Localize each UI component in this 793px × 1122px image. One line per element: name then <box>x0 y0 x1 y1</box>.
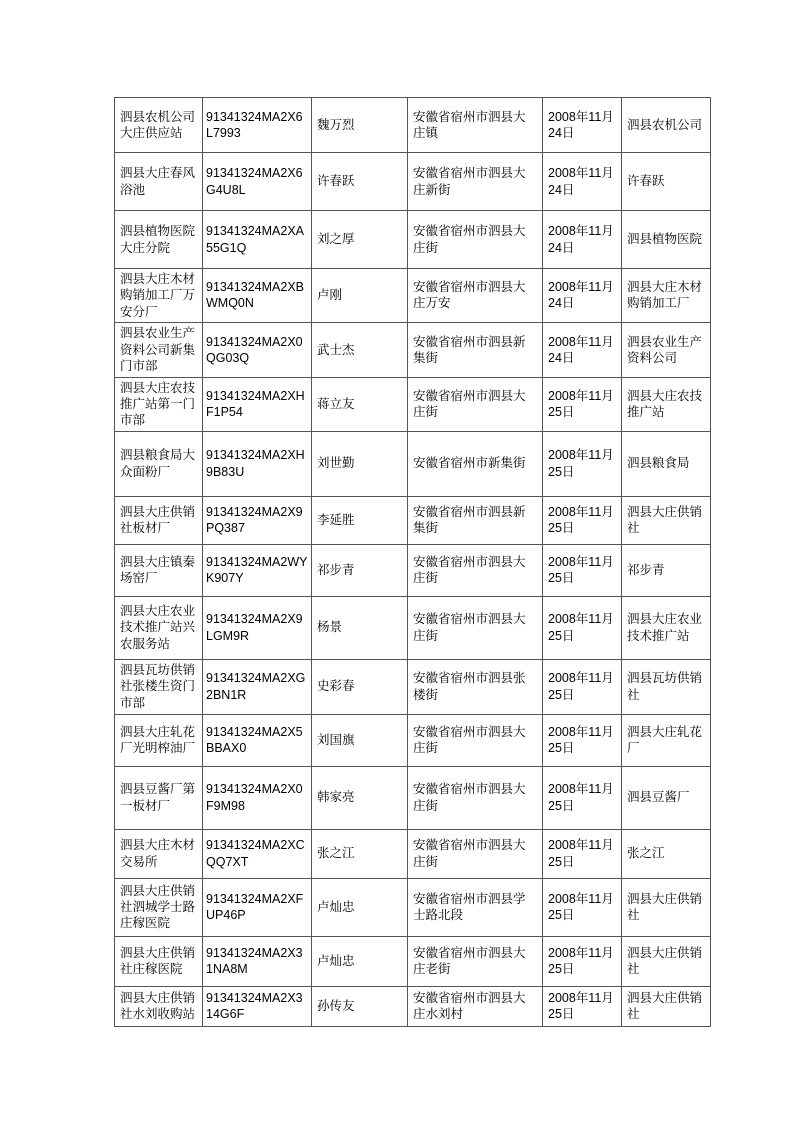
credit-code-cell: 91341324MA2XCQQ7XT <box>203 829 312 878</box>
reg-date-cell: 2008年11月25日 <box>543 496 622 544</box>
company-name-cell: 泗县植物医院大庄分院 <box>115 211 203 269</box>
company-name-cell: 泗县大庄供销社泗城学士路庄稼医院 <box>115 878 203 936</box>
legal-rep-cell: 卢灿忠 <box>312 936 408 986</box>
table-row: 泗县大庄木材交易所91341324MA2XCQQ7XT张之江安徽省宿州市泗县大庄… <box>115 829 711 878</box>
address-cell: 安徽省宿州市泗县大庄街 <box>408 766 543 829</box>
table-row: 泗县大庄农业技术推广站兴农服务站91341324MA2X9LGM9R杨景安徽省宿… <box>115 596 711 659</box>
registrant-cell: 泗县大庄农技推广站 <box>622 377 711 431</box>
reg-date-cell: 2008年11月25日 <box>543 986 622 1026</box>
credit-code-cell: 91341324MA2X9PQ387 <box>203 496 312 544</box>
reg-date-cell: 2008年11月25日 <box>543 377 622 431</box>
credit-code-cell: 91341324MA2X314G6F <box>203 986 312 1026</box>
address-cell: 安徽省宿州市泗县大庄街 <box>408 714 543 766</box>
table-row: 泗县大庄供销社水刘收购站91341324MA2X314G6F孙传友安徽省宿州市泗… <box>115 986 711 1026</box>
registrant-cell: 泗县农业生产资料公司 <box>622 322 711 377</box>
company-name-cell: 泗县大庄春风浴池 <box>115 153 203 211</box>
registrant-cell: 泗县豆酱厂 <box>622 766 711 829</box>
company-name-cell: 泗县大庄木材购销加工厂万安分厂 <box>115 269 203 323</box>
reg-date-cell: 2008年11月24日 <box>543 211 622 269</box>
registrant-cell: 泗县大庄轧花厂 <box>622 714 711 766</box>
address-cell: 安徽省宿州市泗县大庄新街 <box>408 153 543 211</box>
registrant-cell: 泗县植物医院 <box>622 211 711 269</box>
table-row: 泗县瓦坊供销社张楼生资门市部91341324MA2XG2BN1R史彩春安徽省宿州… <box>115 659 711 714</box>
reg-date-cell: 2008年11月25日 <box>543 596 622 659</box>
legal-rep-cell: 卢刚 <box>312 269 408 323</box>
company-name-cell: 泗县大庄镇秦场窑厂 <box>115 544 203 596</box>
reg-date-cell: 2008年11月25日 <box>543 766 622 829</box>
registrant-cell: 泗县大庄供销社 <box>622 878 711 936</box>
legal-rep-cell: 刘国旗 <box>312 714 408 766</box>
legal-rep-cell: 祁步青 <box>312 544 408 596</box>
reg-date-cell: 2008年11月25日 <box>543 659 622 714</box>
reg-date-cell: 2008年11月25日 <box>543 829 622 878</box>
address-cell: 安徽省宿州市泗县张楼街 <box>408 659 543 714</box>
legal-rep-cell: 孙传友 <box>312 986 408 1026</box>
registrant-cell: 祁步青 <box>622 544 711 596</box>
credit-code-cell: 91341324MA2XH9B83U <box>203 431 312 496</box>
credit-code-cell: 91341324MA2X0F9M98 <box>203 766 312 829</box>
credit-code-cell: 91341324MA2XA55G1Q <box>203 211 312 269</box>
registrant-cell: 泗县粮食局 <box>622 431 711 496</box>
company-name-cell: 泗县大庄供销社庄稼医院 <box>115 936 203 986</box>
registrant-cell: 许春跃 <box>622 153 711 211</box>
credit-code-cell: 91341324MA2X31NA8M <box>203 936 312 986</box>
registrant-cell: 张之江 <box>622 829 711 878</box>
credit-code-cell: 91341324MA2XG2BN1R <box>203 659 312 714</box>
legal-rep-cell: 卢灿忠 <box>312 878 408 936</box>
credit-code-cell: 91341324MA2X0QG03Q <box>203 322 312 377</box>
document-page: 泗县农机公司大庄供应站91341324MA2X6L7993魏万烈安徽省宿州市泗县… <box>0 0 793 1122</box>
table-row: 泗县大庄木材购销加工厂万安分厂91341324MA2XBWMQ0N卢刚安徽省宿州… <box>115 269 711 323</box>
company-name-cell: 泗县大庄供销社板材厂 <box>115 496 203 544</box>
credit-code-cell: 91341324MA2X5BBAX0 <box>203 714 312 766</box>
company-name-cell: 泗县农机公司大庄供应站 <box>115 98 203 153</box>
address-cell: 安徽省宿州市泗县大庄万安 <box>408 269 543 323</box>
address-cell: 安徽省宿州市泗县新集街 <box>408 322 543 377</box>
registrant-cell: 泗县大庄供销社 <box>622 936 711 986</box>
legal-rep-cell: 许春跃 <box>312 153 408 211</box>
table-row: 泗县大庄春风浴池91341324MA2X6G4U8L许春跃安徽省宿州市泗县大庄新… <box>115 153 711 211</box>
credit-code-cell: 91341324MA2X6G4U8L <box>203 153 312 211</box>
reg-date-cell: 2008年11月24日 <box>543 322 622 377</box>
legal-rep-cell: 李延胜 <box>312 496 408 544</box>
address-cell: 安徽省宿州市泗县大庄老街 <box>408 936 543 986</box>
address-cell: 安徽省宿州市泗县大庄镇 <box>408 98 543 153</box>
table-row: 泗县大庄镇秦场窑厂91341324MA2WYK907Y祁步青安徽省宿州市泗县大庄… <box>115 544 711 596</box>
credit-code-cell: 91341324MA2WYK907Y <box>203 544 312 596</box>
table-row: 泗县农机公司大庄供应站91341324MA2X6L7993魏万烈安徽省宿州市泗县… <box>115 98 711 153</box>
address-cell: 安徽省宿州市泗县大庄街 <box>408 544 543 596</box>
registrant-cell: 泗县大庄木材购销加工厂 <box>622 269 711 323</box>
company-name-cell: 泗县农业生产资料公司新集门市部 <box>115 322 203 377</box>
reg-date-cell: 2008年11月25日 <box>543 878 622 936</box>
registry-table: 泗县农机公司大庄供应站91341324MA2X6L7993魏万烈安徽省宿州市泗县… <box>114 97 711 1027</box>
reg-date-cell: 2008年11月25日 <box>543 431 622 496</box>
legal-rep-cell: 武士杰 <box>312 322 408 377</box>
address-cell: 安徽省宿州市泗县大庄水刘村 <box>408 986 543 1026</box>
legal-rep-cell: 刘之厚 <box>312 211 408 269</box>
table-row: 泗县植物医院大庄分院91341324MA2XA55G1Q刘之厚安徽省宿州市泗县大… <box>115 211 711 269</box>
legal-rep-cell: 史彩春 <box>312 659 408 714</box>
credit-code-cell: 91341324MA2XHF1P54 <box>203 377 312 431</box>
credit-code-cell: 91341324MA2XFUP46P <box>203 878 312 936</box>
company-name-cell: 泗县大庄农技推广站第一门市部 <box>115 377 203 431</box>
company-name-cell: 泗县大庄木材交易所 <box>115 829 203 878</box>
table-row: 泗县大庄供销社板材厂91341324MA2X9PQ387李延胜安徽省宿州市泗县新… <box>115 496 711 544</box>
registrant-cell: 泗县大庄供销社 <box>622 986 711 1026</box>
address-cell: 安徽省宿州市泗县大庄街 <box>408 596 543 659</box>
credit-code-cell: 91341324MA2XBWMQ0N <box>203 269 312 323</box>
address-cell: 安徽省宿州市新集街 <box>408 431 543 496</box>
registrant-cell: 泗县大庄供销社 <box>622 496 711 544</box>
legal-rep-cell: 魏万烈 <box>312 98 408 153</box>
legal-rep-cell: 张之江 <box>312 829 408 878</box>
table-row: 泗县大庄供销社庄稼医院91341324MA2X31NA8M卢灿忠安徽省宿州市泗县… <box>115 936 711 986</box>
legal-rep-cell: 蒋立友 <box>312 377 408 431</box>
credit-code-cell: 91341324MA2X9LGM9R <box>203 596 312 659</box>
company-name-cell: 泗县粮食局大众面粉厂 <box>115 431 203 496</box>
table-row: 泗县大庄农技推广站第一门市部91341324MA2XHF1P54蒋立友安徽省宿州… <box>115 377 711 431</box>
table-row: 泗县大庄轧花厂光明榨油厂91341324MA2X5BBAX0刘国旗安徽省宿州市泗… <box>115 714 711 766</box>
address-cell: 安徽省宿州市泗县大庄街 <box>408 211 543 269</box>
company-name-cell: 泗县大庄农业技术推广站兴农服务站 <box>115 596 203 659</box>
table-row: 泗县大庄供销社泗城学士路庄稼医院91341324MA2XFUP46P卢灿忠安徽省… <box>115 878 711 936</box>
credit-code-cell: 91341324MA2X6L7993 <box>203 98 312 153</box>
address-cell: 安徽省宿州市泗县大庄街 <box>408 829 543 878</box>
legal-rep-cell: 杨景 <box>312 596 408 659</box>
registrant-cell: 泗县大庄农业技术推广站 <box>622 596 711 659</box>
reg-date-cell: 2008年11月25日 <box>543 936 622 986</box>
registry-table-body: 泗县农机公司大庄供应站91341324MA2X6L7993魏万烈安徽省宿州市泗县… <box>115 98 711 1027</box>
reg-date-cell: 2008年11月24日 <box>543 269 622 323</box>
company-name-cell: 泗县大庄供销社水刘收购站 <box>115 986 203 1026</box>
table-row: 泗县粮食局大众面粉厂91341324MA2XH9B83U刘世勤安徽省宿州市新集街… <box>115 431 711 496</box>
company-name-cell: 泗县豆酱厂第一板材厂 <box>115 766 203 829</box>
table-row: 泗县豆酱厂第一板材厂91341324MA2X0F9M98韩家亮安徽省宿州市泗县大… <box>115 766 711 829</box>
address-cell: 安徽省宿州市泗县新集街 <box>408 496 543 544</box>
registrant-cell: 泗县农机公司 <box>622 98 711 153</box>
reg-date-cell: 2008年11月25日 <box>543 714 622 766</box>
legal-rep-cell: 韩家亮 <box>312 766 408 829</box>
company-name-cell: 泗县大庄轧花厂光明榨油厂 <box>115 714 203 766</box>
address-cell: 安徽省宿州市泗县大庄街 <box>408 377 543 431</box>
reg-date-cell: 2008年11月24日 <box>543 153 622 211</box>
reg-date-cell: 2008年11月25日 <box>543 544 622 596</box>
legal-rep-cell: 刘世勤 <box>312 431 408 496</box>
company-name-cell: 泗县瓦坊供销社张楼生资门市部 <box>115 659 203 714</box>
table-row: 泗县农业生产资料公司新集门市部91341324MA2X0QG03Q武士杰安徽省宿… <box>115 322 711 377</box>
registrant-cell: 泗县瓦坊供销社 <box>622 659 711 714</box>
reg-date-cell: 2008年11月24日 <box>543 98 622 153</box>
address-cell: 安徽省宿州市泗县学士路北段 <box>408 878 543 936</box>
